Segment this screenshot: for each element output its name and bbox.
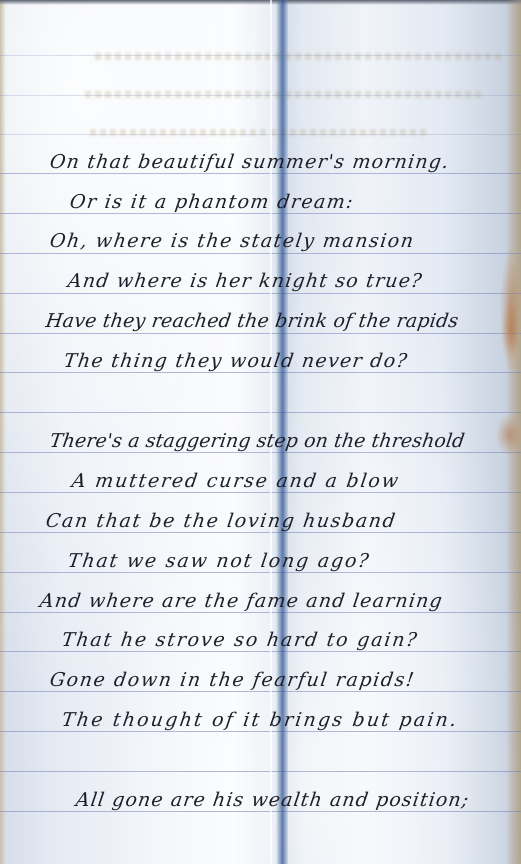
- ruled-line: [0, 691, 521, 692]
- poem-line: Or is it a phantom dream:: [68, 191, 355, 213]
- poem-line: On that beautiful summer's morning.: [48, 151, 451, 173]
- ruled-line: [0, 771, 521, 772]
- stain: [496, 415, 521, 455]
- ruled-line: [0, 333, 521, 334]
- ruled-line: [0, 173, 521, 174]
- ruled-line: [0, 452, 521, 453]
- ruled-line: [0, 293, 521, 294]
- poem-line: Oh, where is the stately mansion: [48, 230, 416, 252]
- ruled-line: [0, 55, 521, 56]
- ruled-line: [0, 253, 521, 254]
- paper-top-edge: [0, 0, 521, 5]
- poem-line: The thought of it brings but pain.: [60, 709, 459, 731]
- poem-line: A muttered curse and a blow: [70, 470, 401, 492]
- stain: [502, 300, 520, 360]
- poem-line: That we saw not long ago?: [66, 550, 371, 572]
- ruled-line: [0, 134, 521, 135]
- ruled-line: [0, 412, 521, 413]
- ruled-line: [0, 811, 521, 812]
- ruled-line: [0, 731, 521, 732]
- poem-line: Can that be the loving husband: [44, 510, 398, 532]
- poem-line: Have they reached the brink of the rapid…: [44, 310, 460, 332]
- ruled-line: [0, 532, 521, 533]
- letter-page: On that beautiful summer's morning. Or i…: [0, 0, 521, 864]
- poem-line: Gone down in the fearful rapids!: [48, 669, 416, 691]
- poem-line: The thing they would never do?: [62, 350, 409, 372]
- poem-line: All gone are his wealth and position;: [74, 789, 470, 811]
- poem-line: And where are the fame and learning: [38, 590, 444, 612]
- ruled-line: [0, 492, 521, 493]
- ruled-line: [0, 612, 521, 613]
- poem-line: There's a staggering step on the thresho…: [48, 430, 466, 452]
- ruled-line: [0, 95, 521, 96]
- paper-left-edge: [0, 0, 6, 864]
- poem-line: And where is her knight so true?: [66, 270, 424, 292]
- poem-line: That he strove so hard to gain?: [60, 629, 419, 651]
- ruled-line: [0, 213, 521, 214]
- ruled-line: [0, 372, 521, 373]
- ruled-line: [0, 572, 521, 573]
- ruled-line: [0, 651, 521, 652]
